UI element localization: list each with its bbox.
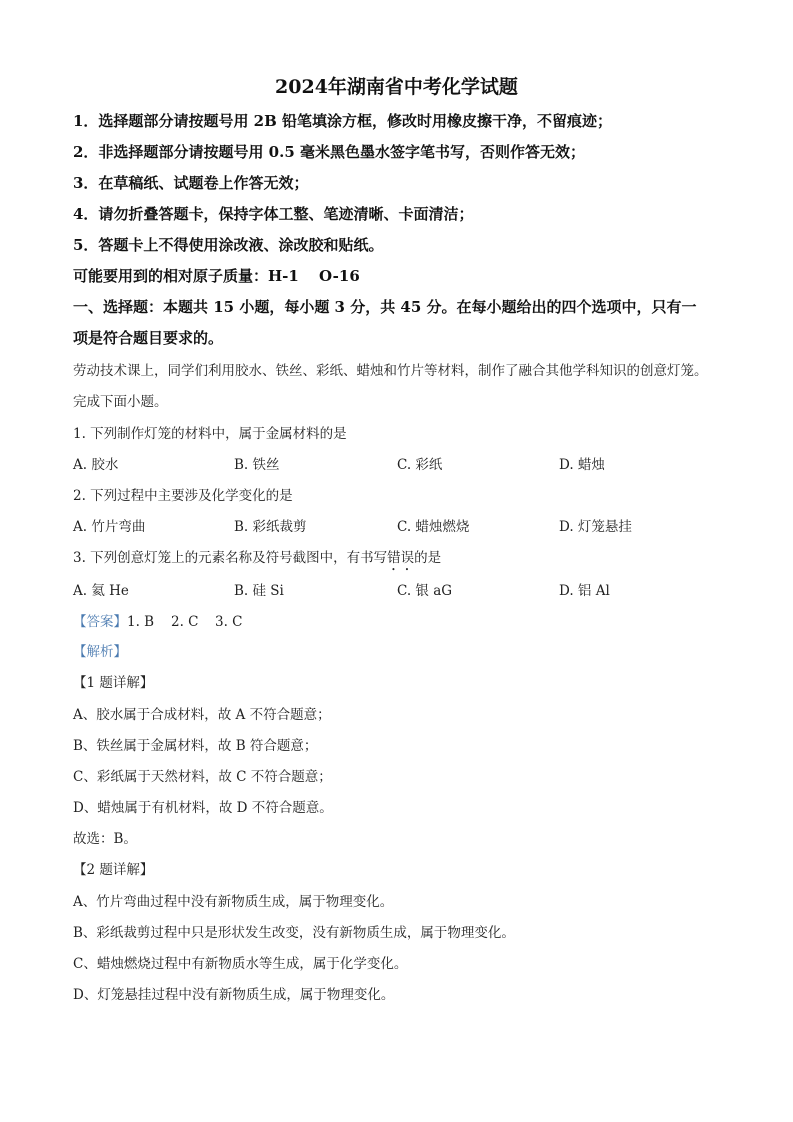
question-2-option-d: D. 灯笼悬挂 <box>559 515 632 535</box>
question-3-stem-before: 3. 下列创意灯笼上的元素名称及符号截图中，有书写 <box>73 550 387 566</box>
question-2-option-c: C. 蜡烛燃烧 <box>397 515 469 535</box>
question-3-stem-after: 的是 <box>414 550 441 566</box>
page-title: 2024年湖南省中考化学试题 <box>0 72 793 99</box>
answer-2: 2. C <box>171 614 215 630</box>
instruction-1: 1．选择题部分请按题号用 2B 铅笔填涂方框，修改时用橡皮擦干净，不留痕迹； <box>73 110 612 131</box>
detail-2-line-c: C、蜡烛燃烧过程中有新物质水等生成，属于化学变化。 <box>73 952 407 972</box>
answer-tag: 【答案】 <box>73 614 127 630</box>
detail-1-line-b: B、铁丝属于金属材料，故 B 符合题意； <box>73 734 317 754</box>
question-3-option-a: A. 氦 He <box>73 579 129 599</box>
question-3-option-b: B. 硅 Si <box>234 579 284 599</box>
detail-2-line-b: B、彩纸裁剪过程中只是形状发生改变，没有新物质生成，属于物理变化。 <box>73 921 515 941</box>
section-heading-line1: 一、选择题：本题共 15 小题，每小题 3 分，共 45 分。在每小题给出的四个… <box>73 296 697 317</box>
detail-1-line-d: D、蜡烛属于有机材料，故 D 不符合题意。 <box>73 796 333 816</box>
instruction-4: 4．请勿折叠答题卡，保持字体工整、笔迹清晰、卡面清洁； <box>73 203 473 224</box>
atomic-mass: 可能要用到的相对原子质量：H-1 O-16 <box>73 265 360 286</box>
question-3-stem: 3. 下列创意灯笼上的元素名称及符号截图中，有书写错误的是 <box>73 546 441 574</box>
context-line1: 劳动技术课上，同学们利用胶水、铁丝、彩纸、蜡烛和竹片等材料，制作了融合其他学科知… <box>73 359 708 379</box>
question-2-option-b: B. 彩纸裁剪 <box>234 515 307 535</box>
answer-3: 3. C <box>215 614 243 630</box>
question-2-stem: 2. 下列过程中主要涉及化学变化的是 <box>73 484 293 504</box>
section-heading-line2: 项是符合题目要求的。 <box>73 327 223 348</box>
document-page: 2024年湖南省中考化学试题 1．选择题部分请按题号用 2B 铅笔填涂方框，修改… <box>0 0 793 1122</box>
detail-2-line-d: D、灯笼悬挂过程中没有新物质生成，属于物理变化。 <box>73 983 394 1003</box>
question-1-option-a: A. 胶水 <box>73 453 118 473</box>
answer-line: 【答案】1. B2. C3. C <box>73 610 243 630</box>
analysis-tag: 【解析】 <box>73 640 127 660</box>
context-line2: 完成下面小题。 <box>73 390 168 410</box>
detail-1-line-a: A、胶水属于合成材料，故 A 不符合题意； <box>73 703 331 723</box>
detail-1-conclusion: 故选：B。 <box>73 827 137 847</box>
detail-2-heading: 【2 题详解】 <box>73 858 153 878</box>
instruction-5: 5．答题卡上不得使用涂改液、涂改胶和贴纸。 <box>73 234 383 255</box>
question-2-option-a: A. 竹片弯曲 <box>73 515 145 535</box>
question-1-stem: 1. 下列制作灯笼的材料中，属于金属材料的是 <box>73 422 347 442</box>
instruction-2: 2．非选择题部分请按题号用 0.5 毫米黑色墨水签字笔书写，否则作答无效； <box>73 141 585 162</box>
question-1-option-b: B. 铁丝 <box>234 453 280 473</box>
detail-1-heading: 【1 题详解】 <box>73 671 153 691</box>
question-3-option-c: C. 银 aG <box>397 579 452 599</box>
detail-1-line-c: C、彩纸属于天然材料，故 C 不符合题意； <box>73 765 332 785</box>
question-3-option-d: D. 铝 Al <box>559 579 610 599</box>
question-1-option-d: D. 蜡烛 <box>559 453 605 473</box>
question-1-option-c: C. 彩纸 <box>397 453 442 473</box>
answer-1: 1. B <box>127 614 171 630</box>
detail-2-line-a: A、竹片弯曲过程中没有新物质生成，属于物理变化。 <box>73 890 393 910</box>
instruction-3: 3．在草稿纸、试题卷上作答无效； <box>73 172 308 193</box>
question-3-stem-emphasis: 错误 <box>387 550 414 566</box>
